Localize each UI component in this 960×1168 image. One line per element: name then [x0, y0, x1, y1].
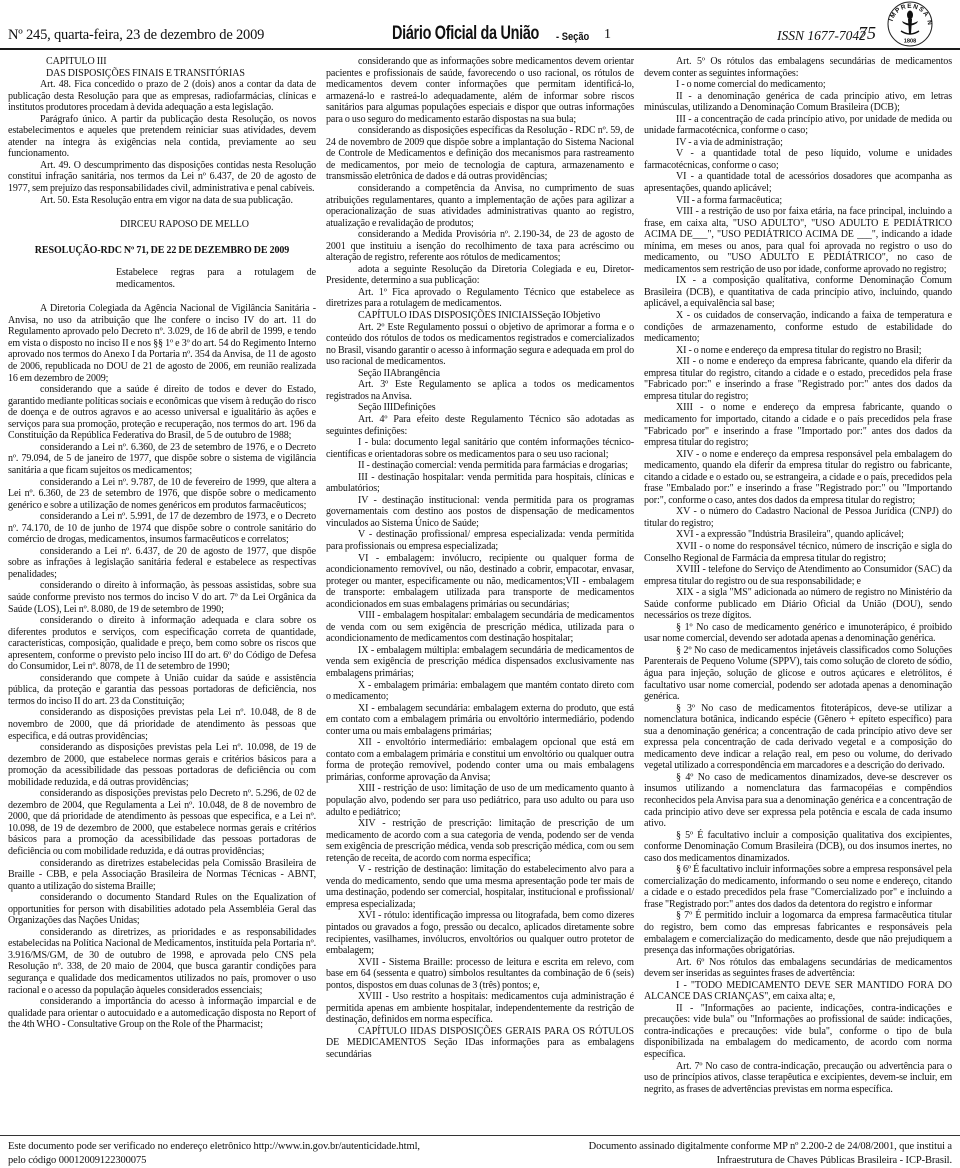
paragraph: VII - a forma farmacêutica;: [644, 195, 952, 207]
paragraph: considerando as disposições previstas pe…: [8, 742, 316, 788]
paragraph: XVI - rótulo: identificação impressa ou …: [326, 910, 634, 956]
paragraph: considerando que as informações sobre me…: [326, 56, 634, 125]
paragraph: II - a denominação genérica de cada prin…: [644, 91, 952, 114]
paragraph: XVIII - telefone do Serviço de Atendimen…: [644, 564, 952, 587]
paragraph: Art. 49. O descumprimento das disposiçõe…: [8, 160, 316, 195]
paragraph: V - destinação profissional/ empresa esp…: [326, 529, 634, 552]
column-2: considerando que as informações sobre me…: [326, 56, 634, 1132]
column-3: Art. 5º Os rótulos das embalagens secund…: [644, 56, 952, 1132]
paragraph: considerando as diretrizes estabelecidas…: [8, 858, 316, 893]
paragraph: XI - o nome e endereço da empresa titula…: [644, 345, 952, 357]
article-body: CAPÍTULO IIIDAS DISPOSIÇÕES FINAIS E TRA…: [8, 56, 952, 1132]
paragraph: Seção IIAbrangência: [326, 368, 634, 380]
paragraph: considerando a Lei nº. 6.360, de 23 de s…: [8, 442, 316, 477]
header-divider: [0, 48, 960, 50]
paragraph: XIV - o nome e endereço da empresa respo…: [644, 449, 952, 507]
paragraph: VI - embalagem: invólucro, recipiente ou…: [326, 553, 634, 611]
paragraph: X - os cuidados de conservação, indicand…: [644, 310, 952, 345]
paragraph: X - embalagem primária: embalagem que ma…: [326, 680, 634, 703]
digital-signature-note: Documento assinado digitalmente conforme…: [392, 1140, 952, 1167]
paragraph: Art. 7º No caso de contra-indicação, pre…: [644, 1061, 952, 1096]
paragraph: XIX - a sigla "MS" adicionada ao número …: [644, 587, 952, 622]
imprensa-nacional-seal-icon: IMPRENSA NACIONAL 1808: [887, 1, 933, 47]
paragraph: IV - destinação institucional: venda per…: [326, 495, 634, 530]
issn-number: ISSN 1677-7042: [777, 28, 866, 44]
paragraph: II - destinação comercial: venda permiti…: [326, 460, 634, 472]
signature: DIRCEU RAPOSO DE MELLO: [8, 219, 316, 231]
paragraph: Parágrafo único. A partir da publicação …: [8, 114, 316, 160]
paragraph: considerando a Lei nº. 6.437, de 20 de a…: [8, 546, 316, 581]
section-label: - Seção: [556, 31, 589, 43]
paragraph: considerando a importância do acesso à i…: [8, 996, 316, 1031]
seal-year: 1808: [904, 39, 916, 45]
paragraph: VIII - embalagem hospitalar: embalagem s…: [326, 610, 634, 645]
footer-divider: [0, 1135, 960, 1136]
paragraph: considerando as diretrizes, as prioridad…: [8, 927, 316, 996]
section-heading: DAS DISPOSIÇÕES FINAIS E TRANSITÓRIAS: [8, 68, 316, 80]
paragraph: Art. 2º Este Regulamento possui o objeti…: [326, 322, 634, 368]
page: Nº 245, quarta-feira, 23 de dezembro de …: [0, 0, 960, 1168]
masthead-title: Diário Oficial da União: [392, 23, 539, 45]
paragraph: § 7º É permitido incluir a logomarca da …: [644, 910, 952, 956]
paragraph: XVI - a expressão "Indústria Brasileira"…: [644, 529, 952, 541]
column-1: CAPÍTULO IIIDAS DISPOSIÇÕES FINAIS E TRA…: [8, 56, 316, 1132]
paragraph: XIII - o nome e endereço da empresa fabr…: [644, 402, 952, 448]
paragraph: I - o nome comercial do medicamento;: [644, 79, 952, 91]
paragraph: considerando o documento Standard Rules …: [8, 892, 316, 927]
signature-line-1: Documento assinado digitalmente conforme…: [392, 1140, 952, 1154]
edition-date: Nº 245, quarta-feira, 23 de dezembro de …: [8, 27, 264, 44]
paragraph: XVII - Sistema Braille: processo de leit…: [326, 957, 634, 992]
paragraph: V - restrição de destinação: limitação d…: [326, 864, 634, 910]
paragraph: considerando as disposições previstas pe…: [8, 707, 316, 742]
paragraph: § 4º No caso de medicamentos dinamizados…: [644, 772, 952, 830]
paragraph: Art. 1º Fica aprovado o Regulamento Técn…: [326, 287, 634, 310]
paragraph: considerando que a saúde é direito de to…: [8, 384, 316, 442]
paragraph: I - "TODO MEDICAMENTO DEVE SER MANTIDO F…: [644, 980, 952, 1003]
paragraph: XVIII - Uso restrito a hospitais: medica…: [326, 991, 634, 1026]
paragraph: II - "Informações ao paciente, indicaçõe…: [644, 1003, 952, 1061]
paragraph: Art. 5º Os rótulos das embalagens secund…: [644, 56, 952, 79]
paragraph: considerando que compete à União cuidar …: [8, 673, 316, 708]
paragraph: Art. 48. Fica concedido o prazo de 2 (do…: [8, 79, 316, 114]
paragraph: I - bula: documento legal sanitário que …: [326, 437, 634, 460]
paragraph: XI - embalagem secundária: embalagem ext…: [326, 703, 634, 738]
paragraph: VIII - a restrição de uso por faixa etár…: [644, 206, 952, 275]
paragraph: XII - o nome e endereço da empresa fabri…: [644, 356, 952, 402]
paragraph: § 6º É facultativo incluir informações s…: [644, 864, 952, 910]
torch-icon: [901, 11, 919, 35]
paragraph: § 3º No caso de medicamentos fitoterápic…: [644, 703, 952, 772]
paragraph: § 1º No caso de medicamento genérico e i…: [644, 622, 952, 645]
paragraph: considerando a competência da Anvisa, no…: [326, 183, 634, 229]
paragraph: V - a quantidade total de peso líquido, …: [644, 148, 952, 171]
paragraph: considerando as disposições previstas pe…: [8, 788, 316, 857]
paragraph: IV - a via de administração;: [644, 137, 952, 149]
paragraph: XVII - o nome do responsável técnico, nú…: [644, 541, 952, 564]
section-number: 1: [604, 27, 611, 43]
paragraph: Art. 6º Nos rótulos das embalagens secun…: [644, 957, 952, 980]
paragraph: IX - embalagem múltipla: embalagem secun…: [326, 645, 634, 680]
paragraph: A Diretoria Colegiada da Agência Naciona…: [8, 303, 316, 384]
paragraph: CAPÍTULO IIDAS DISPOSIÇÕES GERAIS PARA O…: [326, 1026, 634, 1061]
signature-line-2: Infraestrutura de Chaves Públicas Brasil…: [392, 1154, 952, 1168]
paragraph: considerando a Lei nº. 5.991, de 17 de d…: [8, 511, 316, 546]
ementa: Estabelece regras para a rotulagem de me…: [116, 267, 316, 290]
paragraph: XII - envoltório intermediário: embalage…: [326, 737, 634, 783]
paragraph: considerando o direito à informação adeq…: [8, 615, 316, 673]
paragraph: Art. 4º Para efeito deste Regulamento Té…: [326, 414, 634, 437]
paragraph: considerando a Lei nº. 9.787, de 10 de f…: [8, 477, 316, 512]
paragraph: Art. 3º Este Regulamento se aplica a tod…: [326, 379, 634, 402]
section-heading: CAPÍTULO III: [8, 56, 316, 68]
paragraph: CAPÍTULO IDAS DISPOSIÇÕES INICIAISSeção …: [326, 310, 634, 322]
paragraph: IX - a composição qualitativa, conforme …: [644, 275, 952, 310]
paragraph: VI - a quantidade total de acessórios do…: [644, 171, 952, 194]
paragraph: XIV - restrição de prescrição: limitação…: [326, 818, 634, 864]
paragraph: XIII - restrição de uso: limitação de us…: [326, 783, 634, 818]
paragraph: § 2º No caso de medicamentos injetáveis …: [644, 645, 952, 703]
paragraph: adota a seguinte Resolução da Diretoria …: [326, 264, 634, 287]
paragraph: Art. 50. Esta Resolução entra em vigor n…: [8, 195, 316, 207]
paragraph: Seção IIIDefinições: [326, 402, 634, 414]
paragraph: considerando as disposições específicas …: [326, 125, 634, 183]
paragraph: considerando o direito à informação, às …: [8, 580, 316, 615]
paragraph: XV - o número do Cadastro Nacional de Pe…: [644, 506, 952, 529]
paragraph: § 5º É facultativo incluir a composição …: [644, 830, 952, 865]
paragraph: III - a concentração de cada princípio a…: [644, 114, 952, 137]
page-number: 75: [858, 23, 876, 44]
resolution-title: RESOLUÇÃO-RDC Nº 71, DE 22 DE DEZEMBRO D…: [8, 245, 316, 257]
paragraph: considerando a Medida Provisória nº. 2.1…: [326, 229, 634, 264]
paragraph: III - destinação hospitalar: venda permi…: [326, 472, 634, 495]
